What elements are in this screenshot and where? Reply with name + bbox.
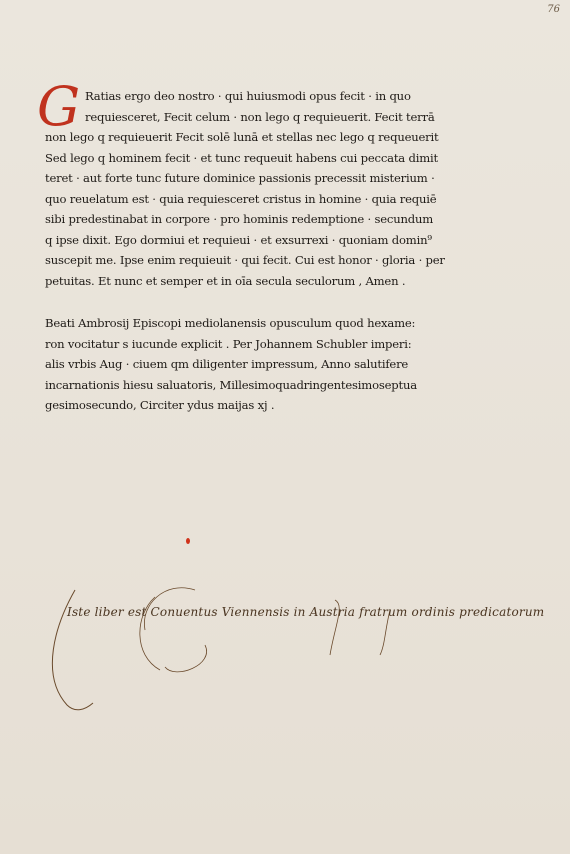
red-ink-mark [186,538,190,544]
main-text-block: G Ratias ergo deo nostro · qui huiusmodi… [45,86,435,291]
manuscript-page: 76 G Ratias ergo deo nostro · qui huiusm… [0,0,570,854]
text-line: teret · aut forte tunc future dominice p… [45,168,435,189]
colophon-line: gesimosecundo, Circiter ydus maijas xj . [45,395,435,416]
inscription-text: Iste liber est Conuentus Viennensis in A… [67,605,544,619]
rubricated-initial: G [37,82,80,132]
text-line: quo reuelatum est · quia requiesceret cr… [45,189,435,210]
text-line: Sed lego q hominem fecit · et tunc reque… [45,148,435,169]
text-line: suscepit me. Ipse enim requieuit · qui f… [45,250,435,271]
folio-number: 76 [547,4,560,15]
ownership-inscription: Iste liber est Conuentus Viennensis in A… [45,585,445,725]
colophon-line: ron vocitatur s iucunde explicit . Per J… [45,334,435,355]
text-line: sibi predestinabat in corpore · pro homi… [45,209,435,230]
text-line: q ipse dixit. Ego dormiui et requieui · … [45,230,435,251]
text-line: petuitas. Et nunc et semper et in oīa se… [45,271,435,292]
text-line: non lego q requieuerit Fecit solē lunā e… [45,127,435,148]
text-line: Ratias ergo deo nostro · qui huiusmodi o… [45,86,435,107]
colophon-line: alis vrbis Aug · ciuem qm diligenter imp… [45,354,435,375]
colophon-line: Beati Ambrosij Episcopi mediolanensis op… [45,313,435,334]
colophon-block: Beati Ambrosij Episcopi mediolanensis op… [45,313,435,416]
text-line: requiesceret, Fecit celum · non lego q r… [45,107,435,128]
colophon-line: incarnationis hiesu saluatoris, Millesim… [45,375,435,396]
